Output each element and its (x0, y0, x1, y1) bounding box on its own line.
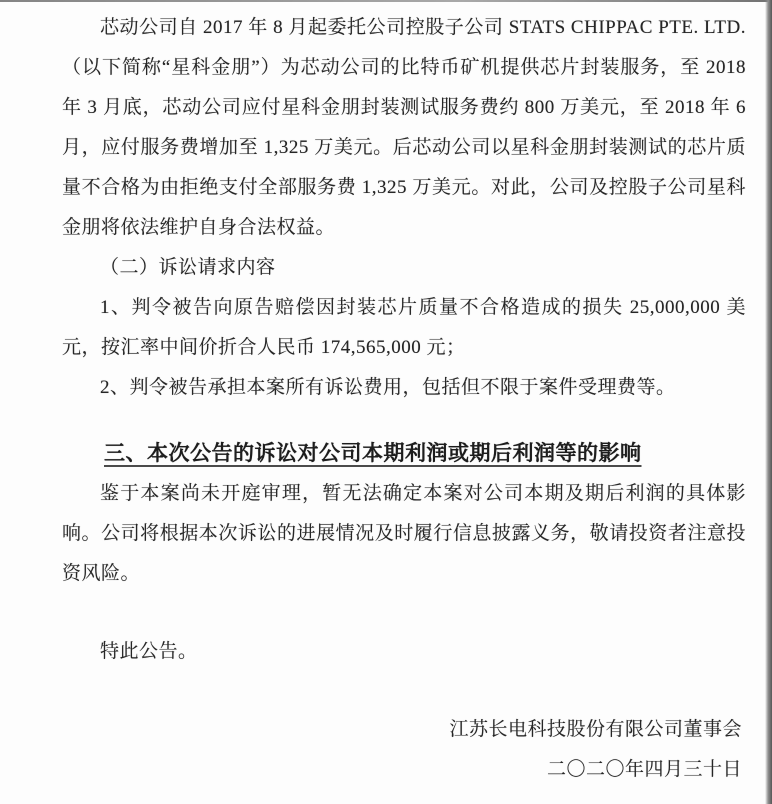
closing-line: 特此公告。 (62, 632, 746, 672)
signature-company: 江苏长电科技股份有限公司董事会 (62, 710, 746, 750)
scan-edge-top (0, 0, 772, 2)
body-line: 响。公司将根据本次诉讼的进展情况及时履行信息披露义务，敬请投资者注意投 (62, 514, 746, 554)
section-heading: 三、本次公告的诉讼对公司本期利润或期后利润等的影响 (62, 434, 746, 474)
document-page: 芯动公司自 2017 年 8 月起委托公司控股子公司 STATS CHIPPAC… (0, 0, 772, 804)
claim-item-line: 1、判令被告向原告赔偿因封装芯片质量不合格造成的损失 25,000,000 美 (62, 288, 746, 328)
body-line: 年 3 月底，芯动公司应付星科金朋封装测试服务费约 800 万美元，至 2018… (62, 88, 746, 128)
claim-item-line: 2、判令被告承担本案所有诉讼费用，包括但不限于案件受理费等。 (62, 368, 746, 408)
subsection-title: （二）诉讼请求内容 (62, 248, 746, 288)
claim-item-line: 元，按汇率中间价折合人民币 174,565,000 元； (62, 328, 746, 368)
body-line: 量不合格为由拒绝支付全部服务费 1,325 万美元。对此，公司及控股子公司星科 (62, 168, 746, 208)
body-line: 资风险。 (62, 554, 746, 594)
body-line: 芯动公司自 2017 年 8 月起委托公司控股子公司 STATS CHIPPAC… (62, 8, 746, 48)
signature-date: 二〇二〇年四月三十日 (62, 750, 746, 790)
scan-edge-right (765, 0, 772, 804)
body-line: 鉴于本案尚未开庭审理，暂无法确定本案对公司本期及期后利润的具体影 (62, 474, 746, 514)
body-line: 金朋将依法维护自身合法权益。 (62, 208, 746, 248)
body-line: （以下简称“星科金朋”）为芯动公司的比特币矿机提供芯片封装服务，至 2018 (62, 48, 746, 88)
announcement-body: 芯动公司自 2017 年 8 月起委托公司控股子公司 STATS CHIPPAC… (62, 8, 746, 790)
body-line: 月，应付服务费增加至 1,325 万美元。后芯动公司以星科金朋封装测试的芯片质 (62, 128, 746, 168)
